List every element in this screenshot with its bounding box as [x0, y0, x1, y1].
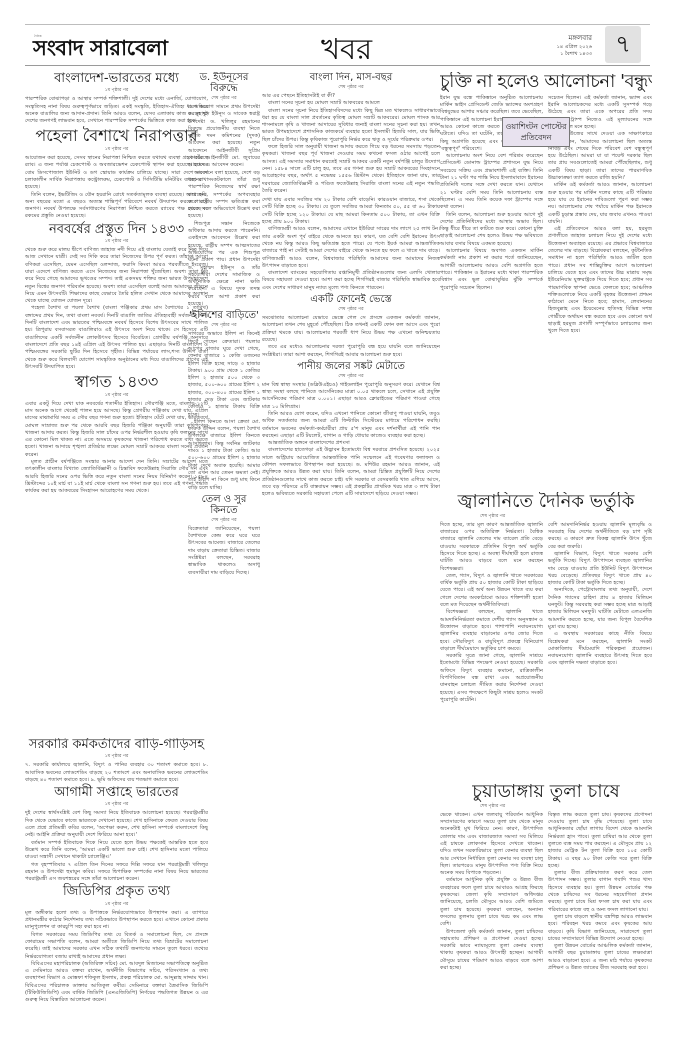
article-one-phone: একটি ফোনেই ভেস্তে শেষ পৃষ্ঠার পর সমঝোতার…: [262, 294, 440, 359]
article-bangla-calendar: বাংলা দিন, মাস-বছর শেষ পৃষ্ঠার পর আর এর …: [262, 72, 440, 195]
fuel-columns: দিতে হচ্ছে, তার মূল কারণ আন্তর্জাতিক জ্ব…: [440, 522, 652, 704]
article-oil: তেল ও সুর কিনতে শেষ পৃষ্ঠার পর বিক্রেতার…: [188, 494, 260, 577]
article-body: থেকে শুরু করে মালয় দ্বীপে বাণিজ্য জাহাজ…: [25, 247, 208, 371]
article-gdp: জিডিপির প্রকৃত তথ্য ১ম পৃষ্ঠার পর মূল অঙ…: [25, 885, 208, 1004]
article-bd-india: বাংলাদেশ-ভারতের মধ্যে ১ম পৃষ্ঠার পর পারস…: [25, 72, 208, 125]
headline: নববর্ষের প্রস্তুত দিন ১৪৩৩: [25, 223, 208, 237]
headline: চুয়াডাঙ্গায় তুলা চাষে: [440, 782, 652, 802]
continued-label: ১ম পৃষ্ঠার পর: [25, 801, 208, 808]
column-3: বাংলা দিন, মাস-বছর শেষ পৃষ্ঠার পর আর এর …: [262, 72, 440, 1047]
article-body: দেখা যায় এবার সবজির দাম ২০ টাকার বেশি ব…: [262, 197, 440, 292]
article-body: সাগরের অভাবে ইলিশ না কিনেই ফিরে গেছেন ক্…: [188, 331, 260, 492]
continued-label: শেষ পৃষ্ঠার পর: [188, 95, 260, 102]
section-title: খবর: [321, 27, 372, 76]
headline: জ্বালানিতে দৈনিক ভর্তুকি: [440, 492, 652, 512]
headline: তেল ও সুর কিনতে: [188, 494, 260, 516]
day-name: মঙ্গলবার: [557, 32, 592, 44]
article-boishakh-security: পহেলা বৈশাখে নিরাপত্তার ১ম পৃষ্ঠার পর আয…: [25, 127, 208, 220]
masthead: দৈনিক সংবাদ সারাবেলা খবর মঙ্গলবার ১৪ এপ্…: [25, 24, 650, 66]
continued-label: শেষ পৃষ্ঠার পর: [440, 513, 652, 520]
continued-label: ১ম পৃষ্ঠার পর: [25, 392, 208, 399]
article-india-next-week: আগামী সপ্তাহে ভারতের ১ম পৃষ্ঠার পর দুই দ…: [25, 786, 208, 883]
article-yunus: ড. ইউনূসের বিরুদ্ধে শেষ পৃষ্ঠার পর এ অভি…: [188, 72, 260, 308]
cotton-columns: ভেকে থাকেন। এখন জলবায়ু পরিবর্তন আধুনিক …: [440, 812, 652, 973]
continued-label: শেষ পৃষ্ঠার পর: [262, 373, 440, 380]
article-body: পারস্পরিক বোঝাপড়া ও আস্থার সম্পর্ক শক্ত…: [25, 96, 208, 125]
headline: পহেলা বৈশাখে নিরাপত্তার: [25, 127, 208, 145]
article-body: সমঝোতার আলোচনা যেভাবে ভেস্তে গেল সে প্রস…: [262, 315, 440, 359]
headline: জিডিপির প্রকৃত তথ্য: [25, 885, 208, 899]
article-body: এবার একটু দিয়ে দেখা যাক নববর্ষের শতাব্দ…: [25, 401, 208, 496]
headline: বাংলাদেশ-ভারতের মধ্যে: [25, 72, 208, 86]
headline: আগামী সপ্তাহে ভারতের: [25, 786, 208, 800]
fuel-story: জ্বালানিতে দৈনিক ভর্তুকি শেষ পৃষ্ঠার পর …: [440, 492, 652, 774]
fuel-body-right: বেশি আমদানিনির্ভর হওয়ায় জ্বালানি মূল্য…: [548, 522, 652, 704]
article-prices: দেখা যায় এবার সবজির দাম ২০ টাকার বেশি ব…: [262, 197, 440, 292]
column-2: ড. ইউনূসের বিরুদ্ধে শেষ পৃষ্ঠার পর এ অভি…: [188, 72, 260, 1047]
lead-headline: চুক্তি না হলেও আলোচনা 'বন্ধুত্বপূর্ণ': [440, 72, 652, 92]
article-body: মূল অঙ্গীকার হলো তথ্য ও উপাত্তকে নির্ভরয…: [25, 910, 208, 1005]
article-body: মান বিশ্ব স্বাস্থ্য সংস্থার (ডব্লিউএইচও)…: [262, 382, 440, 499]
headline: একটি ফোনেই ভেস্তে: [262, 294, 440, 305]
article-body: ৭. সরকারি কার্যালয়ে জ্বালানি, বিদ্যুৎ ও…: [25, 762, 208, 784]
article-body: এ অভিযোগ সামনে প্রথম উপদেষ্টা ড. মুহাম্ম…: [188, 104, 260, 308]
continued-label: শেষ পৃষ্ঠার পর: [262, 84, 440, 91]
article-drinking-water: পানীয় জলের সঙ্কট মেটাতে শেষ পৃষ্ঠার পর …: [262, 361, 440, 499]
headline: স্বাগত ১৪৩৩: [25, 373, 208, 391]
article-body: আয়োজন করা হয়েছে, সেসব স্থানের নিরাপত্ত…: [25, 155, 208, 221]
continued-label: ১ম পৃষ্ঠার পর: [25, 238, 208, 245]
article-body: আর এর পেছনে ইতিহাসটাই বা কী? বাংলা সনের …: [262, 93, 440, 195]
article-body: বিক্রেতারা জানিয়েছেন, পয়লা বৈশাখকে কেন…: [188, 526, 260, 577]
headline: সরকারি কর্মকর্তাদের বাড়ি-গাড়িসহ: [25, 738, 208, 752]
fuel-body-left: দিতে হচ্ছে, তার মূল কারণ আন্তর্জাতিক জ্ব…: [440, 522, 543, 704]
date-block: মঙ্গলবার ১৪ এপ্রিল ২০২৬ ১ বৈশাখ ১৪৩৩: [557, 32, 592, 58]
article-hilsa: 'ইলিশের বাড়িতে' শেষ পৃষ্ঠার পর সাগরের অ…: [188, 310, 260, 492]
cotton-story: চুয়াডাঙ্গায় তুলা চাষে শেষ পৃষ্ঠার পর ভ…: [440, 782, 652, 1048]
cotton-body-left: ভেকে থাকেন। এখন জলবায়ু পরিবর্তন আধুনিক …: [440, 812, 543, 973]
article-welcome-1433: স্বাগত ১৪৩৩ ১ম পৃষ্ঠার পর এবার একটু দিয়…: [25, 373, 208, 495]
page-number: ৭: [605, 26, 641, 63]
continued-label: শেষ পৃষ্ঠার পর: [188, 517, 260, 524]
continued-label: ১ম পৃষ্ঠার পর: [25, 901, 208, 908]
cotton-body-right: বিস্তৃত লাভ করতে তুলা চাষ। কৃষকদের প্রণো…: [548, 812, 652, 973]
continued-label: ১ম পৃষ্ঠার পর: [25, 753, 208, 760]
continued-label: ১ম পৃষ্ঠার পর: [25, 146, 208, 153]
article-new-year: নববর্ষের প্রস্তুত দিন ১৪৩৩ ১ম পৃষ্ঠার পর…: [25, 223, 208, 371]
continued-label: শেষ পৃষ্ঠার পর: [188, 322, 260, 329]
byline-box: ওয়াশিংটন পোস্টের প্রতিবেদন: [502, 117, 570, 147]
continued-label: শেষ পৃষ্ঠার পর: [440, 803, 652, 810]
headline: বাংলা দিন, মাস-বছর: [262, 72, 440, 83]
headline: 'ইলিশের বাড়িতে': [188, 310, 260, 321]
headline: ড. ইউনূসের বিরুদ্ধে: [188, 72, 260, 94]
newspaper-logo: সংবাদ সারাবেলা: [33, 32, 168, 67]
article-body: দুই দেশের স্বার্থসংশ্লিষ্ট বেশ কিছু সমস্…: [25, 810, 208, 883]
date-bangla: ১ বৈশাখ ১৪৩৩: [557, 51, 592, 58]
continued-label: ১ম পৃষ্ঠার পর: [25, 87, 208, 94]
continued-label: শেষ পৃষ্ঠার পর: [262, 306, 440, 313]
column-1-lower: সরকারি কর্মকর্তাদের বাড়ি-গাড়িসহ ১ম পৃষ…: [25, 738, 208, 1048]
date-gregorian: ১৪ এপ্রিল ২০২৬: [557, 44, 592, 51]
headline: পানীয় জলের সঙ্কট মেটাতে: [262, 361, 440, 372]
article-govt-officials: সরকারি কর্মকর্তাদের বাড়ি-গাড়িসহ ১ম পৃষ…: [25, 738, 208, 784]
